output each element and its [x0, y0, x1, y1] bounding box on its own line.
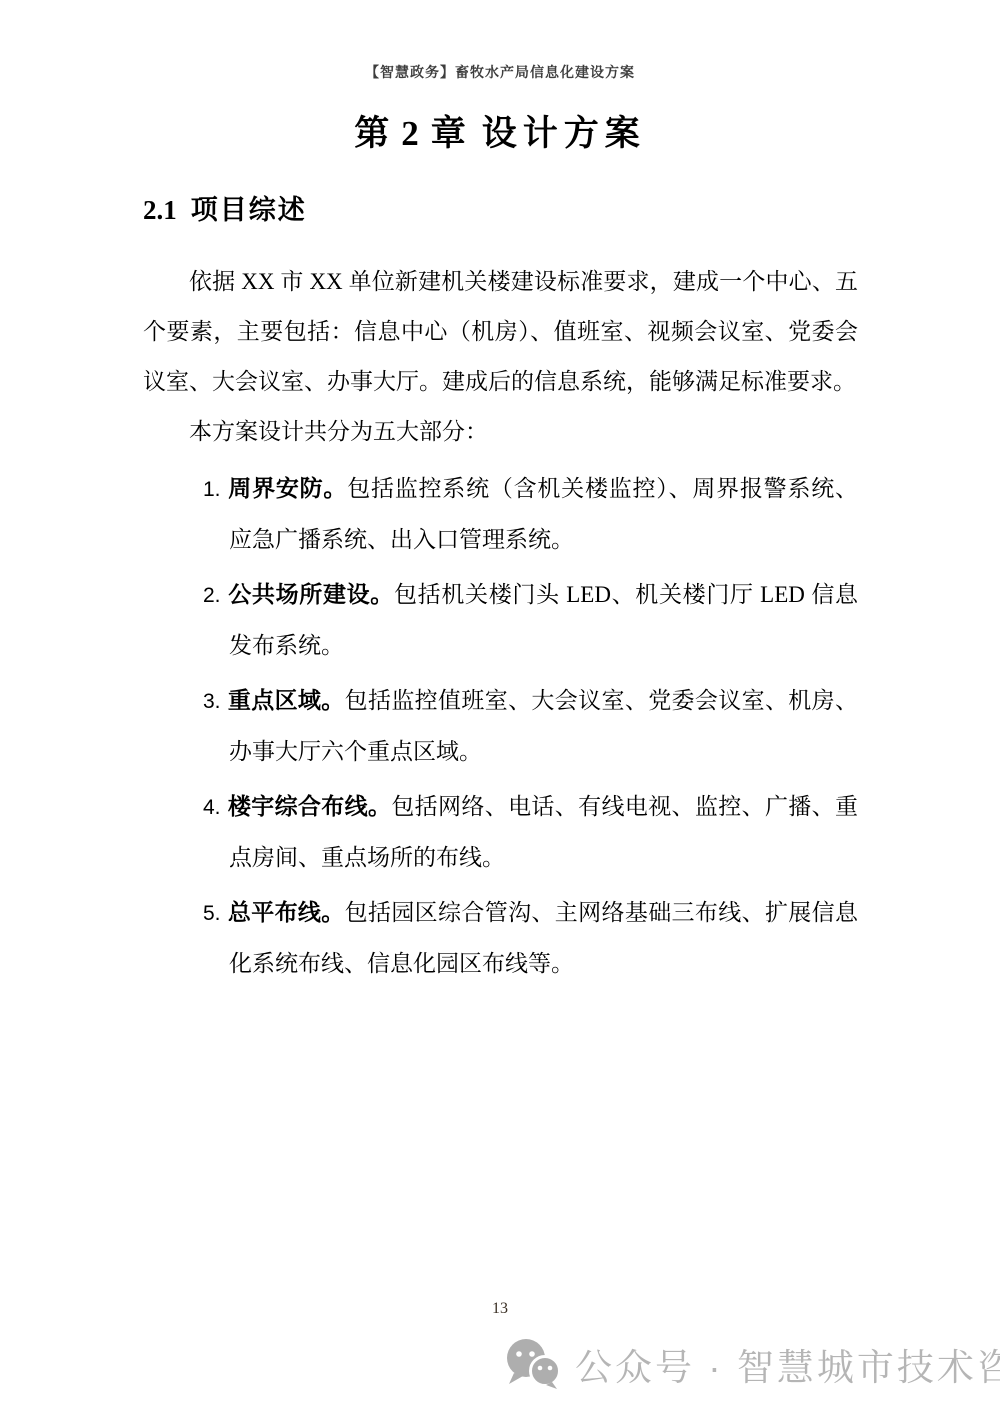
- page-number: 13: [0, 1300, 1000, 1318]
- numbered-list: 1.周界安防。包括监控系统（含机关楼监控）、周界报警系统、应急广播系统、出入口管…: [143, 464, 858, 989]
- list-item-number: 4.: [203, 783, 221, 833]
- watermark-text: 公众号 · 智慧城市技术咨询: [575, 1337, 1000, 1391]
- list-item-number: 1.: [203, 465, 221, 515]
- wechat-icon: [505, 1339, 561, 1389]
- list-item-number: 5.: [203, 889, 221, 939]
- list-item-lead: 楼宇综合布线。: [228, 794, 392, 819]
- section-number: 2.1: [143, 195, 177, 225]
- watermark: 公众号 · 智慧城市技术咨询: [505, 1337, 1000, 1391]
- list-item: 5.总平布线。包括园区综合管沟、主网络基础三布线、扩展信息化系统布线、信息化园区…: [143, 888, 858, 989]
- document-page: 【智慧政务】畜牧水产局信息化建设方案 第2章设计方案 2.1项目综述 依据 XX…: [0, 0, 1000, 1414]
- section-title: 项目综述: [191, 195, 307, 225]
- list-item-lead: 公共场所建设。: [228, 582, 394, 607]
- chapter-title: 第2章设计方案: [0, 106, 1000, 156]
- list-item: 1.周界安防。包括监控系统（含机关楼监控）、周界报警系统、应急广播系统、出入口管…: [143, 464, 858, 565]
- chapter-number: 2: [401, 114, 421, 153]
- paragraph: 依据 XX 市 XX 单位新建机关楼建设标准要求，建成一个中心、五个要素，主要包…: [143, 257, 858, 407]
- list-item-number: 2.: [203, 571, 221, 621]
- document-header: 【智慧政务】畜牧水产局信息化建设方案: [0, 0, 1000, 82]
- list-item: 3.重点区域。包括监控值班室、大会议室、党委会议室、机房、办事大厅六个重点区域。: [143, 676, 858, 777]
- paragraph: 本方案设计共分为五大部分：: [143, 407, 858, 457]
- list-item-lead: 重点区域。: [228, 688, 345, 713]
- section-heading: 2.1项目综述: [143, 188, 1000, 227]
- list-item: 2.公共场所建设。包括机关楼门头 LED、机关楼门厅 LED 信息发布系统。: [143, 570, 858, 671]
- list-item-lead: 周界安防。: [228, 476, 348, 501]
- chapter-suffix: 章: [431, 114, 468, 153]
- list-item-lead: 总平布线。: [228, 900, 345, 925]
- list-item: 4.楼宇综合布线。包括网络、电话、有线电视、监控、广播、重点房间、重点场所的布线…: [143, 782, 858, 883]
- chapter-prefix: 第: [354, 114, 391, 153]
- document-body: 依据 XX 市 XX 单位新建机关楼建设标准要求，建成一个中心、五个要素，主要包…: [143, 257, 858, 989]
- list-item-number: 3.: [203, 677, 221, 727]
- chapter-name: 设计方案: [482, 114, 646, 153]
